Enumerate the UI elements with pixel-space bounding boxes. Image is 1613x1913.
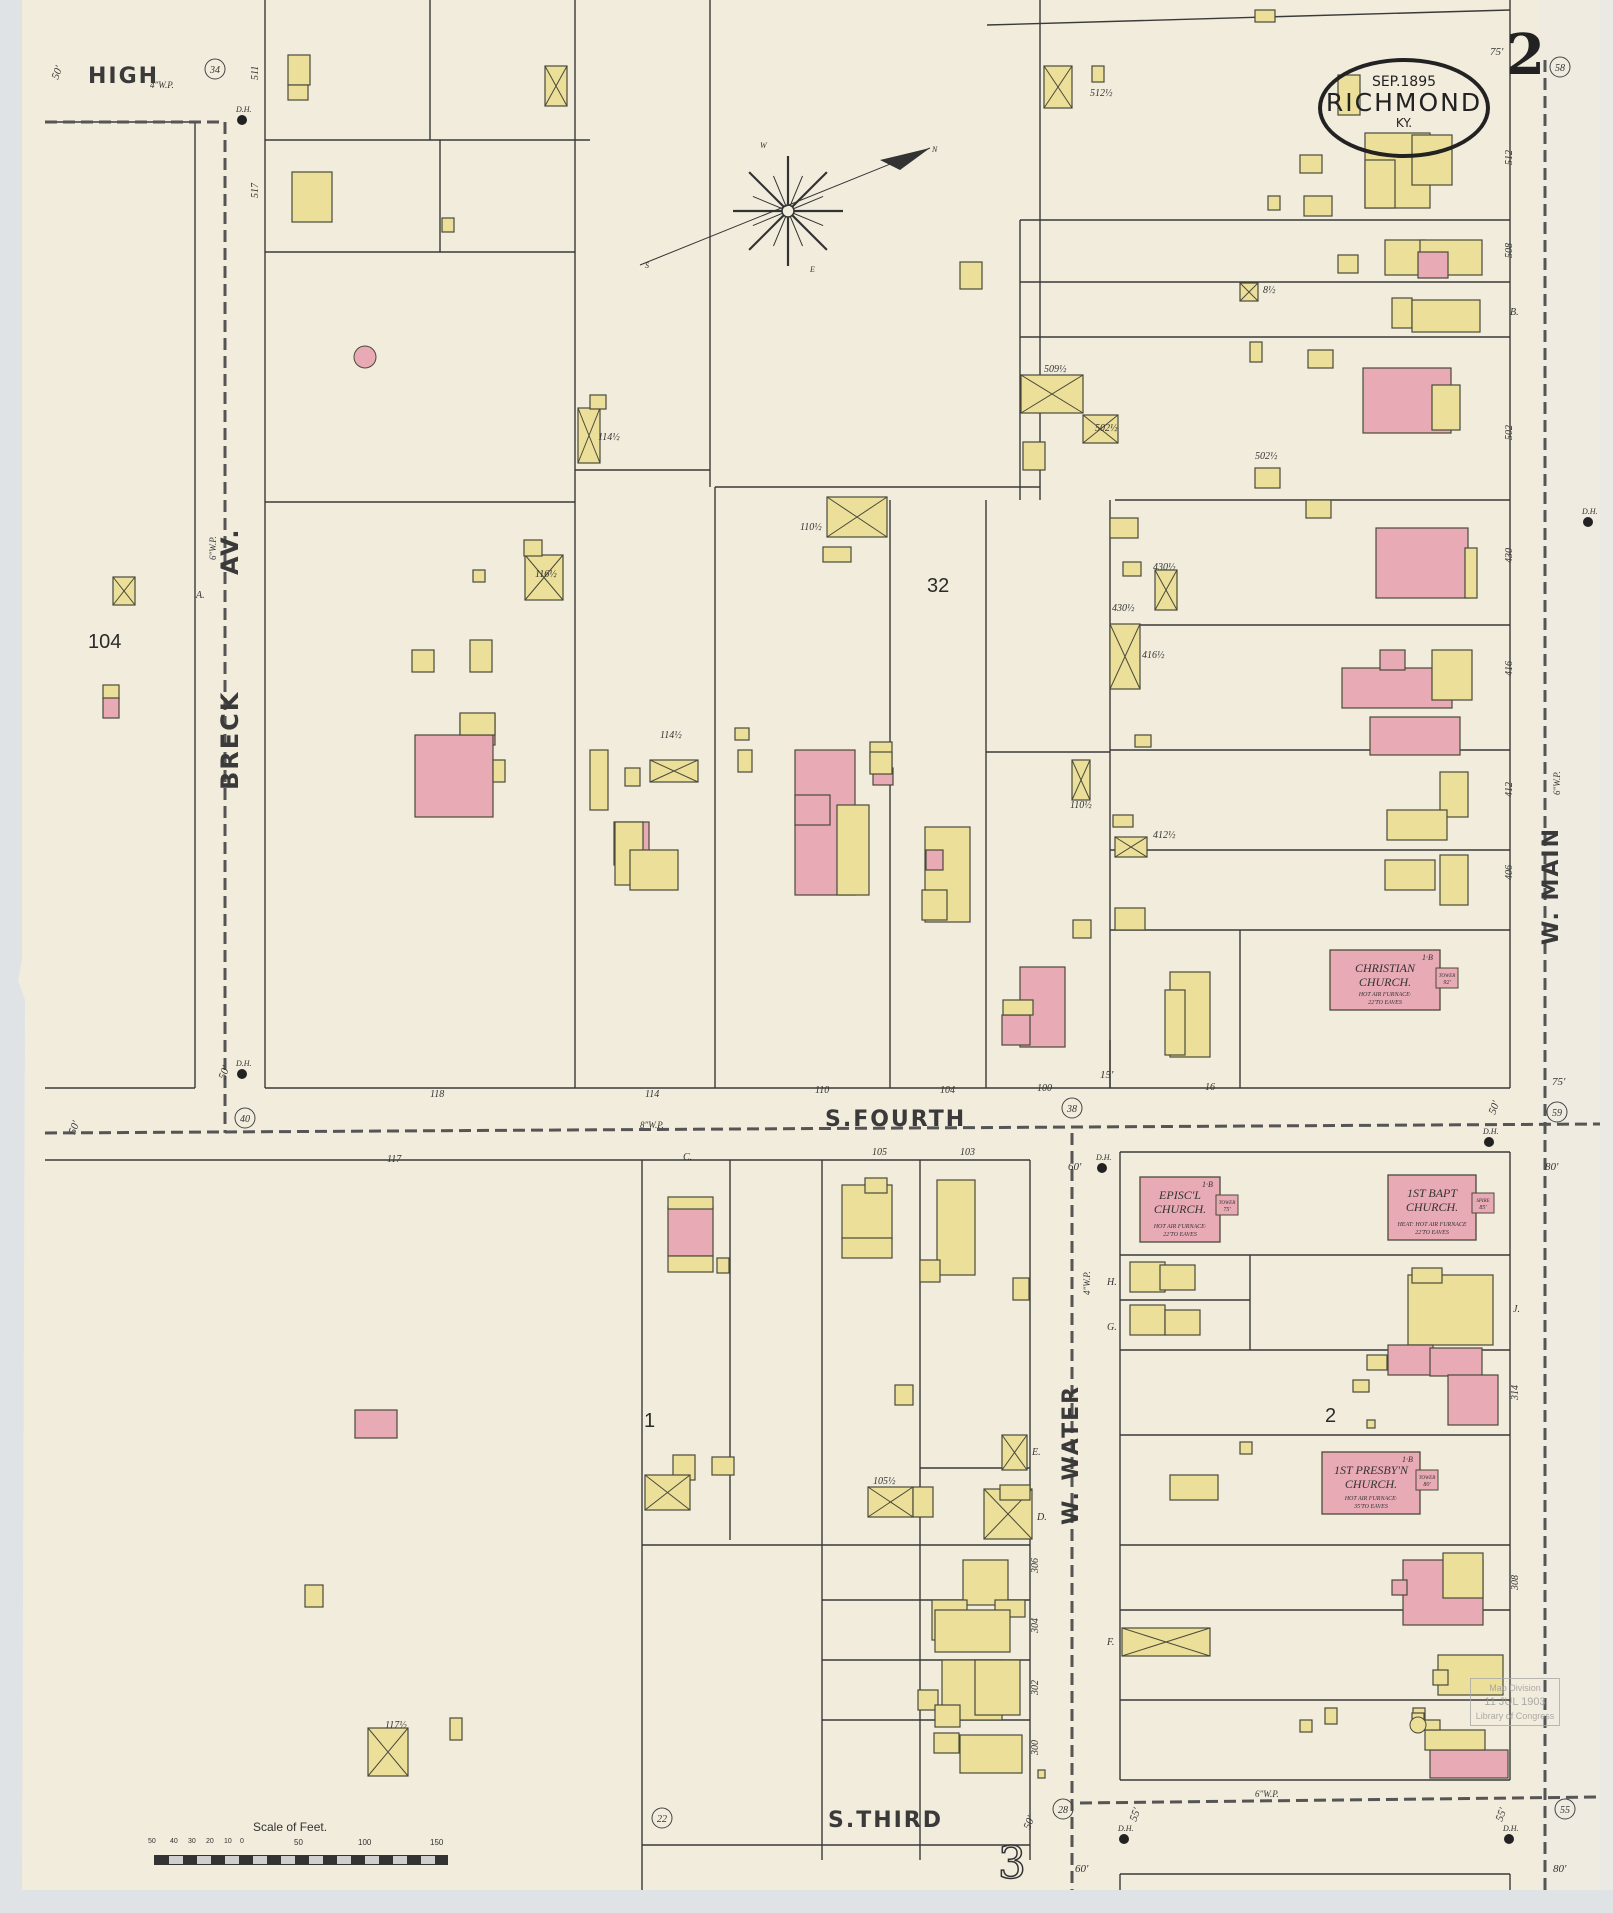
frame-building xyxy=(1110,518,1138,538)
address-number: 116½ xyxy=(535,569,557,580)
frame-building xyxy=(1408,1275,1493,1345)
address-number: 502½ xyxy=(1255,451,1278,462)
address-number: 512 xyxy=(1504,150,1515,165)
block-number: 2 xyxy=(1325,1405,1336,1427)
street-width: 60' xyxy=(1068,1161,1082,1173)
compass-east: E xyxy=(809,265,815,274)
frame-building xyxy=(895,1385,913,1405)
brick-building xyxy=(1418,252,1448,278)
tower-height: 80' xyxy=(1423,1482,1431,1488)
brick-building xyxy=(1430,1750,1508,1778)
tower-height: 85' xyxy=(1479,1205,1487,1211)
address-number: 512½ xyxy=(1090,88,1113,99)
street-name: AV. xyxy=(216,527,244,575)
address-number: 430½ xyxy=(1112,603,1135,614)
stamp-line-3: Library of Congress xyxy=(1471,1709,1559,1723)
water-main-label: 6"W.P. xyxy=(1255,1789,1279,1799)
church-name: CHRISTIAN xyxy=(1355,961,1416,975)
address-number: 302 xyxy=(1030,1680,1041,1696)
address-number: 117½ xyxy=(385,1720,407,1731)
church-name: 1ST PRESBY'N xyxy=(1334,1463,1409,1477)
church-name-line2: CHURCH. xyxy=(1154,1202,1206,1216)
frame-building xyxy=(1432,385,1460,430)
frame-building xyxy=(470,640,492,672)
address-number: 502½ xyxy=(1095,423,1118,434)
dh-label: D.H. xyxy=(1117,1824,1134,1833)
brick-building xyxy=(103,698,119,718)
round-brick-structure xyxy=(354,346,376,368)
address-number: 511 xyxy=(250,66,261,80)
water-main-label: 4"W.P. xyxy=(1082,1271,1092,1295)
hydrant-number: 58 xyxy=(1555,63,1565,74)
city-name: RICHMOND xyxy=(1322,90,1486,116)
frame-building xyxy=(305,1585,323,1607)
sanborn-map-sheet: CHRISTIANCHURCH.HOT AIR FURNACE·22'TO EA… xyxy=(0,0,1613,1913)
frame-building xyxy=(1130,1305,1165,1335)
church-name-line2: CHURCH. xyxy=(1406,1200,1458,1214)
street-name: BRECK xyxy=(216,691,244,790)
frame-building xyxy=(1268,196,1280,210)
paper-sheet xyxy=(18,0,1600,1890)
frame-building xyxy=(1003,1000,1033,1015)
hydrant-number: 22 xyxy=(657,1814,667,1825)
address-number: 416½ xyxy=(1142,650,1165,661)
compass-north: N xyxy=(931,145,938,154)
lot-letter: A. xyxy=(195,590,205,601)
library-stamp: Map Division 11 JUL 1903 Library of Cong… xyxy=(1470,1678,1560,1726)
address-number: 110½ xyxy=(1070,800,1092,811)
frame-building xyxy=(1038,1770,1045,1778)
frame-building xyxy=(1300,1720,1312,1732)
tower-label: TOWER xyxy=(1439,974,1456,979)
frame-building xyxy=(1255,468,1280,488)
brick-building xyxy=(1388,1345,1433,1375)
frame-building xyxy=(823,547,851,562)
frame-building xyxy=(1308,350,1333,368)
scale-bar-graphic xyxy=(154,1855,448,1865)
scale-tick: 30 xyxy=(188,1838,196,1845)
brick-building xyxy=(1448,1375,1498,1425)
street-name: W. MAIN xyxy=(1539,827,1564,945)
church-1: CHRISTIANCHURCH.HOT AIR FURNACE·22'TO EA… xyxy=(1330,950,1458,1010)
sheet-number: 2 xyxy=(1506,22,1545,88)
address-number: 517 xyxy=(250,182,261,198)
church-note-line2: 35'TO EAVES xyxy=(1353,1504,1388,1510)
frame-building xyxy=(1160,1265,1195,1290)
dh-label: D.H. xyxy=(1095,1153,1112,1162)
adjacent-sheet-number: 3 xyxy=(998,1838,1026,1889)
double-hydrant-marker xyxy=(1484,1137,1494,1147)
lot-letter: E. xyxy=(1031,1447,1041,1458)
address-number: 110½ xyxy=(800,522,822,533)
lot-letter: G. xyxy=(1107,1322,1117,1333)
address-number: 416 xyxy=(1504,661,1515,676)
scale-tick: 150 xyxy=(430,1838,443,1847)
address-number: 100 xyxy=(1037,1083,1052,1094)
frame-building xyxy=(1300,155,1322,173)
scale-tick: 50 xyxy=(294,1838,303,1847)
brick-building xyxy=(795,795,830,825)
frame-building xyxy=(1000,1485,1030,1500)
frame-building xyxy=(1135,735,1151,747)
frame-building xyxy=(1338,255,1358,273)
address-number: 114½ xyxy=(660,730,682,741)
frame-building xyxy=(473,570,485,582)
frame-building xyxy=(1113,815,1133,827)
frame-building xyxy=(493,760,505,782)
frame-building xyxy=(460,713,495,735)
frame-building xyxy=(1367,1355,1387,1370)
street-name: HIGH xyxy=(88,64,159,89)
tower-label: SPIRE xyxy=(1476,1199,1489,1204)
scale-tick: 100 xyxy=(358,1838,371,1847)
frame-building xyxy=(837,805,869,895)
church-note: HEAT: HOT AIR FURNACE xyxy=(1396,1222,1466,1228)
brick-building xyxy=(926,850,943,870)
address-number: 8½ xyxy=(1263,285,1276,296)
frame-building xyxy=(1325,1708,1337,1724)
tower-label: TOWER xyxy=(1219,1201,1236,1206)
brick-building xyxy=(1430,1348,1482,1376)
frame-building xyxy=(1392,298,1412,328)
block-number: 32 xyxy=(927,575,949,597)
frame-building xyxy=(1412,300,1480,332)
address-number: 509½ xyxy=(1044,364,1067,375)
street-width: 75' xyxy=(1552,1076,1566,1088)
hydrant-number: 38 xyxy=(1066,1104,1077,1115)
brick-building xyxy=(1370,717,1460,755)
frame-building xyxy=(1023,442,1045,470)
frame-building xyxy=(625,768,640,786)
frame-building xyxy=(1165,1310,1200,1335)
frame-building xyxy=(1123,562,1141,576)
double-hydrant-marker xyxy=(1119,1834,1129,1844)
church-4: 1ST PRESBY'NCHURCH.HOT AIR FURNACE·35'TO… xyxy=(1322,1452,1438,1514)
street-width: 80' xyxy=(1553,1863,1567,1875)
street-width: 60' xyxy=(1075,1863,1089,1875)
water-main-label: 6"W.P. xyxy=(1552,771,1562,795)
water-main-label: 6"W.P. xyxy=(208,536,218,560)
frame-building xyxy=(1367,1420,1375,1428)
frame-building xyxy=(920,1260,940,1282)
church-tag: 1·B xyxy=(1402,1455,1413,1464)
frame-building xyxy=(935,1610,1010,1652)
frame-building xyxy=(1170,1475,1218,1500)
dh-label: D.H. xyxy=(1581,507,1598,516)
brick-building xyxy=(668,1206,713,1256)
frame-building xyxy=(1385,860,1435,890)
frame-building xyxy=(960,1735,1022,1773)
address-number: 502 xyxy=(1504,425,1515,440)
church-name: 1ST BAPT xyxy=(1407,1186,1458,1200)
street-name: W. WATER xyxy=(1059,1385,1084,1525)
frame-building xyxy=(450,1718,462,1740)
double-hydrant-marker xyxy=(237,115,247,125)
address-number: 406 xyxy=(1504,865,1515,880)
frame-building xyxy=(1165,990,1185,1055)
scale-tick: 0 xyxy=(240,1838,244,1845)
scale-title: Scale of Feet. xyxy=(253,1820,327,1834)
scale-tick: 20 xyxy=(206,1838,214,1845)
frame-building xyxy=(960,262,982,289)
address-number: 105½ xyxy=(873,1476,896,1487)
frame-building xyxy=(738,750,752,772)
frame-building xyxy=(1306,500,1331,518)
frame-building xyxy=(1432,650,1472,700)
lot-letter: J. xyxy=(1513,1304,1520,1315)
address-number: 118 xyxy=(430,1089,444,1100)
dh-label: D.H. xyxy=(1482,1127,1499,1136)
church-name-line2: CHURCH. xyxy=(1359,975,1411,989)
frame-building xyxy=(865,1178,887,1193)
double-hydrant-marker xyxy=(237,1069,247,1079)
frame-building xyxy=(870,752,892,774)
frame-building xyxy=(1304,196,1332,216)
address-number: 110 xyxy=(815,1085,829,1096)
church-note: HOT AIR FURNACE· xyxy=(1358,992,1412,998)
brick-building xyxy=(1376,528,1468,598)
frame-building xyxy=(963,1560,1008,1605)
brick-building xyxy=(1002,1015,1030,1045)
compass-south: S xyxy=(645,261,649,270)
double-hydrant-marker xyxy=(1504,1834,1514,1844)
street-name: S.FOURTH xyxy=(825,1107,966,1132)
address-number: 114½ xyxy=(598,432,620,443)
map-canvas: CHRISTIANCHURCH.HOT AIR FURNACE·22'TO EA… xyxy=(0,0,1613,1913)
address-number: 508 xyxy=(1504,243,1515,258)
frame-building xyxy=(1465,548,1477,598)
address-number: 430 xyxy=(1504,548,1515,563)
address-number: 412½ xyxy=(1153,830,1176,841)
dh-label: D.H. xyxy=(235,105,252,114)
street-width: 15' xyxy=(1100,1069,1114,1081)
tower-label: TOWER xyxy=(1419,1476,1436,1481)
frame-building xyxy=(288,85,308,100)
frame-building xyxy=(717,1258,729,1273)
address-number: 304 xyxy=(1030,1618,1041,1634)
state-name: KY. xyxy=(1322,116,1486,130)
title-cartouche: SEP.1895 RICHMOND KY. xyxy=(1318,58,1490,158)
hydrant-number: 34 xyxy=(209,65,220,76)
frame-building xyxy=(1387,810,1447,840)
address-number: 314 xyxy=(1510,1385,1521,1401)
frame-building xyxy=(1250,342,1262,362)
frame-building xyxy=(668,1256,713,1272)
address-number: 308 xyxy=(1510,1575,1521,1591)
frame-building xyxy=(590,750,608,810)
frame-building xyxy=(103,685,119,699)
address-number: 103 xyxy=(960,1147,975,1158)
frame-building xyxy=(1255,10,1275,22)
lot-letter: F. xyxy=(1106,1637,1114,1648)
church-note-line2: 22'TO EAVES xyxy=(1368,1000,1402,1006)
frame-building xyxy=(292,172,332,222)
street-name: S.THIRD xyxy=(828,1808,943,1833)
double-hydrant-marker xyxy=(1097,1163,1107,1173)
frame-building xyxy=(1412,1268,1442,1283)
frame-building xyxy=(1013,1278,1029,1300)
brick-building xyxy=(355,1410,397,1438)
hydrant-number: 40 xyxy=(240,1114,250,1125)
frame-building xyxy=(590,395,606,409)
block-number: 1 xyxy=(644,1410,655,1432)
frame-building xyxy=(842,1238,892,1258)
frame-building xyxy=(975,1660,1020,1715)
block-number: 104 xyxy=(88,631,121,653)
address-number: 104 xyxy=(940,1085,955,1096)
brick-building xyxy=(1392,1580,1407,1595)
frame-building xyxy=(442,218,454,232)
address-number: 430½ xyxy=(1153,562,1176,573)
frame-building xyxy=(922,890,947,920)
church-note-line2: 22'TO EAVES xyxy=(1163,1232,1197,1238)
scale-tick: 10 xyxy=(224,1838,232,1845)
frame-building xyxy=(668,1197,713,1209)
frame-building xyxy=(524,540,542,556)
frame-building xyxy=(412,650,434,672)
frame-building xyxy=(1240,1442,1252,1454)
church-note: HOT AIR FURNACE· xyxy=(1153,1224,1207,1230)
church-note-line2: 22'TO EAVES xyxy=(1415,1230,1449,1236)
scale-tick: 40 xyxy=(170,1838,178,1845)
address-number: 16 xyxy=(1205,1082,1215,1093)
lot-letter: H. xyxy=(1106,1277,1117,1288)
brick-building xyxy=(415,735,493,817)
church-tag: 1·B xyxy=(1202,1180,1213,1189)
address-number: 412 xyxy=(1504,782,1515,797)
frame-building xyxy=(735,728,749,740)
frame-building xyxy=(712,1457,734,1475)
frame-building xyxy=(934,1733,959,1753)
water-main-label: 8"W.P. xyxy=(640,1120,664,1130)
hydrant-number: 28 xyxy=(1058,1805,1068,1816)
scale-bar: Scale of Feet. 5040302010050100150 xyxy=(148,1820,448,1870)
double-hydrant-marker xyxy=(1583,517,1593,527)
frame-building xyxy=(630,850,678,890)
frame-building xyxy=(1073,920,1091,938)
address-number: 105 xyxy=(872,1147,887,1158)
dh-label: D.H. xyxy=(235,1059,252,1068)
round-frame-structure xyxy=(1410,1717,1426,1733)
lot-letter: B. xyxy=(1510,307,1519,318)
hydrant-number: 55 xyxy=(1560,1805,1570,1816)
address-number: 306 xyxy=(1030,1558,1041,1574)
address-number: 300 xyxy=(1030,1740,1041,1756)
church-name: EPISC'L xyxy=(1158,1188,1201,1202)
scale-tick: 50 xyxy=(148,1838,156,1845)
address-number: 114 xyxy=(645,1089,659,1100)
address-number: 117 xyxy=(387,1154,402,1165)
hydrant-number: 59 xyxy=(1552,1108,1562,1119)
frame-building xyxy=(935,1705,960,1727)
frame-building xyxy=(288,55,310,85)
frame-building xyxy=(1425,1730,1485,1750)
tower-height: 92' xyxy=(1443,980,1451,986)
tower-height: 75' xyxy=(1223,1207,1231,1213)
lot-letter: D. xyxy=(1036,1512,1047,1523)
frame-building xyxy=(1353,1380,1369,1392)
dh-label: D.H. xyxy=(1502,1824,1519,1833)
stamp-line-1: Map Division xyxy=(1471,1681,1559,1695)
frame-building xyxy=(1433,1670,1448,1685)
brick-building xyxy=(1380,650,1405,670)
lot-letter: C. xyxy=(683,1152,692,1163)
frame-building xyxy=(937,1180,975,1275)
street-width: 75' xyxy=(1490,46,1504,58)
church-note: HOT AIR FURNACE· xyxy=(1344,1496,1398,1502)
frame-building xyxy=(1440,855,1468,905)
church-tag: 1·B xyxy=(1422,953,1433,962)
frame-building xyxy=(1092,66,1104,82)
water-main-label: 4"W.P. xyxy=(150,80,174,90)
frame-building xyxy=(1115,908,1145,930)
frame-building xyxy=(1443,1553,1483,1598)
church-name-line2: CHURCH. xyxy=(1345,1477,1397,1491)
frame-building xyxy=(913,1487,933,1517)
street-width: 80' xyxy=(1545,1161,1559,1173)
frame-building xyxy=(1365,160,1395,208)
stamp-line-2: 11 JUL 1903 xyxy=(1471,1695,1559,1709)
